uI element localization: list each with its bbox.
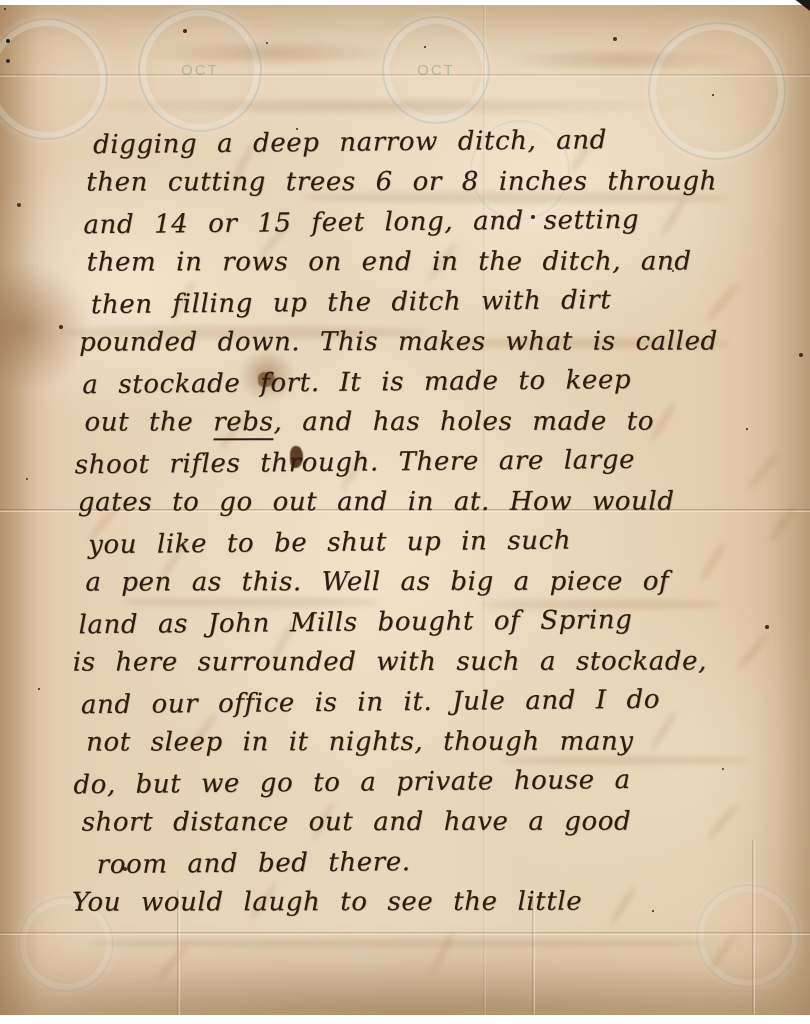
- letter-line: pounded down. This makes what is called: [79, 321, 769, 362]
- fold-crease-horizontal: [0, 932, 810, 935]
- underlined-word: rebs: [213, 407, 273, 440]
- letter-line: do, but we go to a private house a: [73, 759, 771, 806]
- stain: [140, 40, 400, 66]
- letter-scan: OCT OCT digging a deep narrow ditch, and…: [0, 0, 810, 1024]
- letter-line: a stockade fort. It is made to keep: [82, 359, 769, 406]
- letter-line: is here surrounded with such a stockade,: [73, 641, 771, 682]
- letter-line: shoot rifles through. There are large: [75, 439, 770, 486]
- stain: [500, 48, 740, 72]
- letter-line: digging a deep narrow ditch, and: [93, 119, 768, 165]
- letter-line: and our office is in it. Jule and I do: [81, 679, 771, 726]
- letter-line: You would laugh to see the little: [72, 881, 772, 922]
- letter-line: a pen as this. Well as big a piece of: [85, 561, 770, 602]
- letter-body: digging a deep narrow ditch, andthen cut…: [68, 120, 772, 924]
- letter-line: short distance out and have a good: [82, 801, 772, 842]
- letter-line: out the rebs, and has holes made to: [84, 401, 769, 442]
- letter-line: them in rows on end in the ditch, and: [87, 241, 769, 282]
- letter-line: then filling up the ditch with dirt: [91, 279, 769, 326]
- letter-line: gates to go out and in at. How would: [78, 481, 770, 522]
- stain: [40, 96, 720, 116]
- letter-line: you like to be shut up in such: [88, 519, 770, 566]
- fold-crease-horizontal: [0, 74, 810, 77]
- letter-line: not sleep in it nights, though many: [86, 721, 771, 762]
- letter-line: and 14 or 15 feet long, and setting: [83, 199, 768, 246]
- dirt-specks: [4, 8, 6, 10]
- letter-line: then cutting trees 6 or 8 inches through: [86, 161, 768, 202]
- letter-line: land as John Mills bought of Spring: [78, 599, 770, 646]
- letter-line: room and bed there.: [97, 839, 772, 885]
